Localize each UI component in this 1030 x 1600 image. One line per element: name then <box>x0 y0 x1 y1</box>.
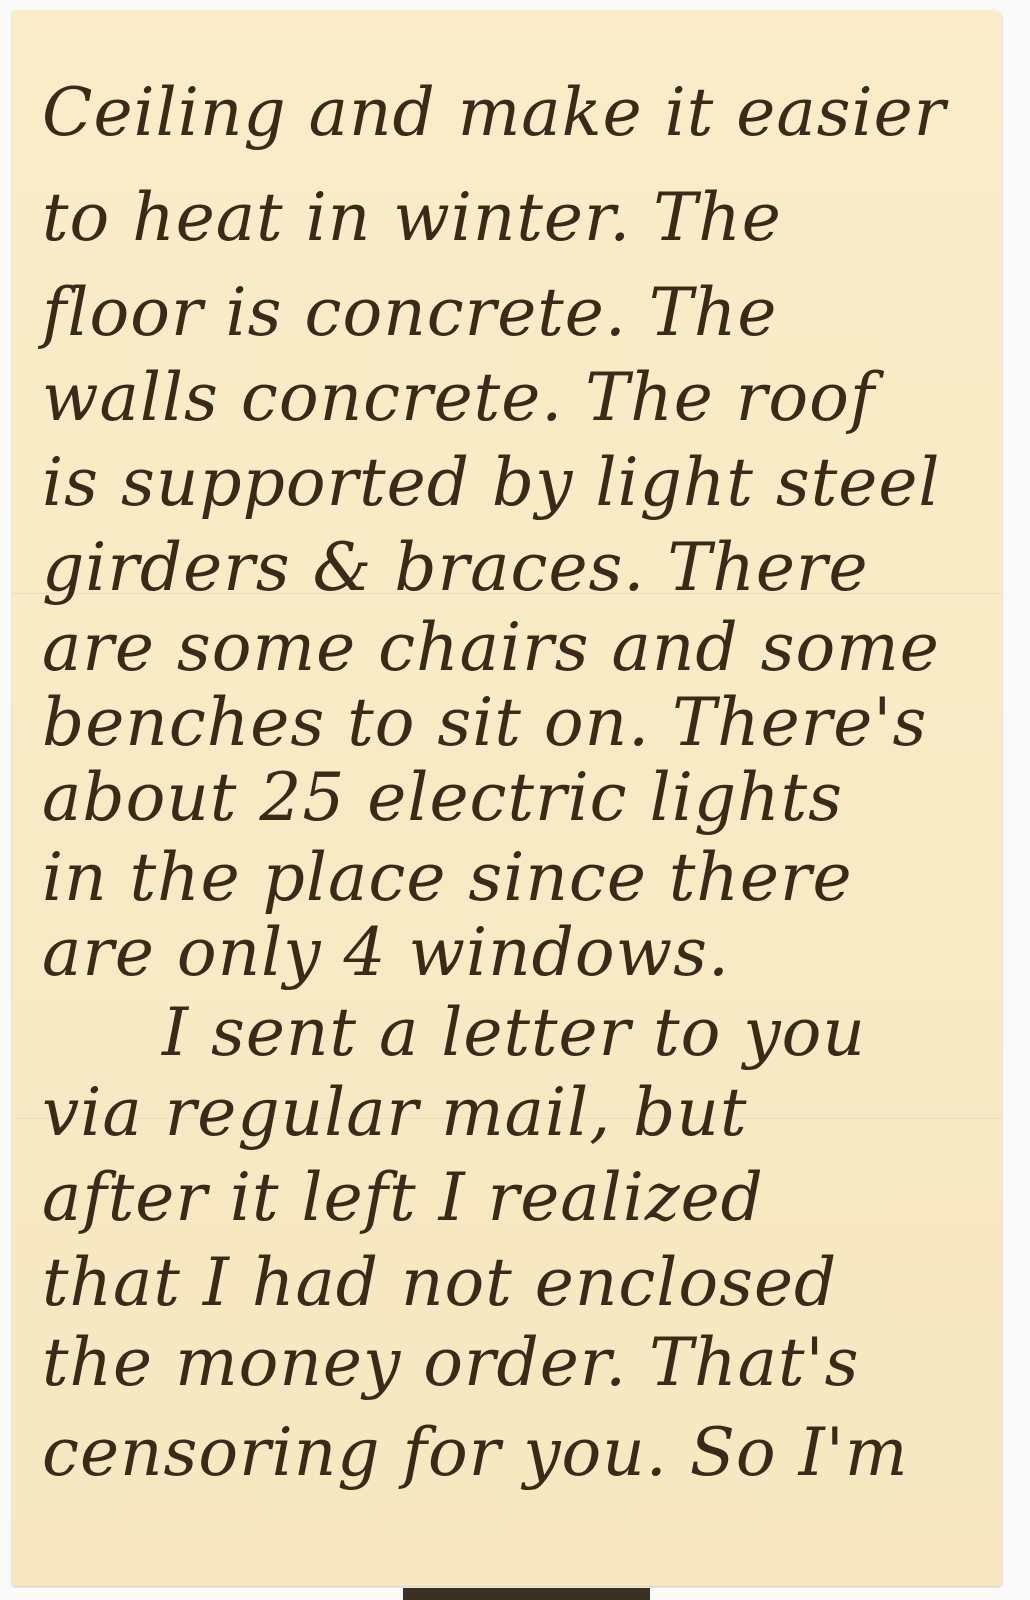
text-line: after it left I realized <box>42 1165 764 1231</box>
text-line: censoring for you. So I'm <box>42 1420 908 1486</box>
letter-page: Ceiling and make it easier to heat in wi… <box>12 10 1002 1586</box>
scanner-edge-strip <box>403 1588 650 1600</box>
text-line: to heat in winter. The <box>42 185 782 251</box>
text-line: benches to sit on. There's <box>42 690 927 756</box>
text-line: about 25 electric lights <box>42 765 843 831</box>
text-line: I sent a letter to you <box>162 1000 866 1066</box>
text-line: floor is concrete. The <box>42 280 777 346</box>
text-line: are some chairs and some <box>42 615 940 681</box>
text-line: is supported by light steel <box>42 450 941 516</box>
text-line: that I had not enclosed <box>42 1250 837 1316</box>
text-line: girders & braces. There <box>42 535 869 601</box>
text-line: the money order. That's <box>42 1330 859 1396</box>
text-line: are only 4 windows. <box>42 920 730 986</box>
scan-background: Ceiling and make it easier to heat in wi… <box>0 0 1030 1600</box>
text-line: in the place since there <box>42 845 853 911</box>
text-line: via regular mail, but <box>42 1080 747 1146</box>
text-line: Ceiling and make it easier <box>42 80 946 146</box>
handwritten-text: Ceiling and make it easier to heat in wi… <box>12 10 1002 1586</box>
text-line: walls concrete. The roof <box>42 365 875 431</box>
